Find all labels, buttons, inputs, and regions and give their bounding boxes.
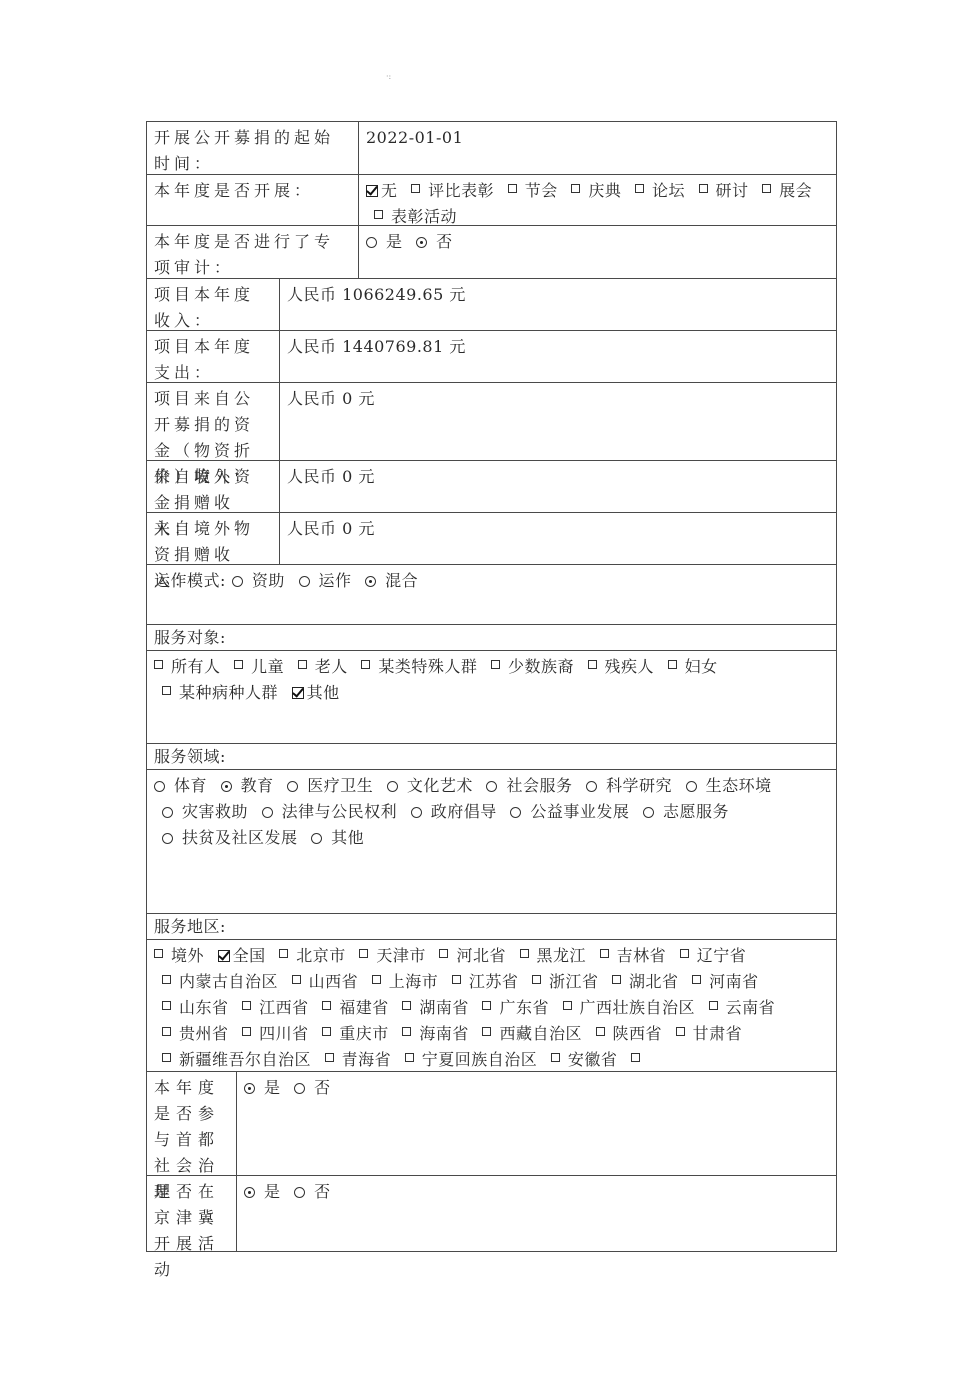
option-checkbox[interactable]: 江苏省 — [452, 972, 519, 991]
checkbox-empty-icon[interactable] — [361, 660, 370, 669]
option-label: 混合 — [385, 571, 418, 590]
foreign-goods-value: 人民币 0 元 — [280, 513, 836, 564]
option-label: 妇女 — [685, 657, 718, 676]
option-label: 湖南省 — [419, 998, 469, 1017]
foreign-fund-label: 来自境外资金捐赠收入： — [147, 461, 280, 512]
option-label: 山东省 — [179, 998, 229, 1017]
public-fund-label: 项目来自公开募捐的资金（物资折价）收入： — [147, 383, 280, 460]
checkbox-empty-icon[interactable] — [374, 210, 383, 219]
option-checkbox[interactable]: 展会 — [762, 181, 812, 200]
service-target-options: 所有人 儿童 老人 某类特殊人群 少数族裔 残疾人 妇女 某种病种人群 其他 — [147, 651, 836, 743]
option-label: 吉林省 — [617, 946, 667, 965]
option-label: 湖北省 — [629, 972, 679, 991]
option-label: 无 — [381, 181, 398, 200]
checkbox-empty-icon[interactable] — [162, 686, 171, 695]
radio-empty-icon[interactable] — [287, 781, 298, 792]
option-checkbox[interactable]: 残疾人 — [588, 657, 655, 676]
activities-options: 无 评比表彰 节会 庆典 论坛 研讨 展会 表彰活动 — [359, 175, 836, 225]
option-label: 西藏自治区 — [499, 1024, 582, 1043]
checkbox-empty-icon[interactable] — [571, 184, 580, 193]
option-label: 研讨 — [716, 181, 749, 200]
checkbox-empty-icon[interactable] — [411, 184, 420, 193]
option-label: 是 — [386, 232, 403, 251]
option-checkbox[interactable]: 青海省 — [325, 1050, 392, 1069]
start-date-label: 开展公开募捐的起始时间： — [147, 122, 359, 174]
option-label: 教育 — [241, 776, 274, 795]
checkbox-empty-icon[interactable] — [322, 1001, 331, 1010]
option-label: 儿童 — [251, 657, 284, 676]
checkbox-empty-icon[interactable] — [154, 949, 163, 958]
option-radio[interactable]: 公益事业发展 — [510, 802, 629, 821]
checkbox-empty-icon[interactable] — [596, 1027, 605, 1036]
checkbox-empty-icon[interactable] — [359, 949, 368, 958]
checkbox-empty-icon[interactable] — [402, 1001, 411, 1010]
option-label: 重庆市 — [339, 1024, 389, 1043]
checkbox-empty-icon[interactable] — [279, 949, 288, 958]
foreign-fund-value: 人民币 0 元 — [280, 461, 836, 512]
checkbox-empty-icon[interactable] — [551, 1053, 560, 1062]
radio-empty-icon[interactable] — [366, 237, 377, 248]
option-label: 河北省 — [456, 946, 506, 965]
radio-empty-icon[interactable] — [643, 807, 654, 818]
row-activities: 本年度是否开展： 无 评比表彰 节会 庆典 论坛 研讨 展会 表彰活动 — [147, 174, 836, 225]
option-radio[interactable]: 扶贫及社区发展 — [162, 828, 298, 847]
option-checkbox[interactable]: 所有人 — [154, 657, 221, 676]
option-checkbox[interactable]: 节会 — [508, 181, 558, 200]
radio-empty-icon[interactable] — [162, 807, 173, 818]
public-fund-value: 人民币 0 元 — [280, 383, 836, 460]
option-label: 公益事业发展 — [530, 802, 629, 821]
option-label: 生态环境 — [706, 776, 772, 795]
option-label: 河南省 — [709, 972, 759, 991]
row-service-field-header: 服务领域: — [147, 743, 836, 769]
option-checkbox[interactable]: 妇女 — [668, 657, 718, 676]
row-start-date: 开展公开募捐的起始时间： 2022-01-01 — [147, 122, 836, 174]
checkbox-empty-icon[interactable] — [372, 975, 381, 984]
option-checkbox[interactable]: 少数族裔 — [491, 657, 574, 676]
operation-mode-options: 资助 运作 混合 — [232, 571, 418, 590]
option-checkbox[interactable]: 内蒙古自治区 — [162, 972, 278, 991]
radio-empty-icon[interactable] — [486, 781, 497, 792]
option-label: 评比表彰 — [428, 181, 494, 200]
row-service-field: 体育 教育 医疗卫生 文化艺术 社会服务 科学研究 生态环境 灾害救助 法律与公… — [147, 769, 836, 913]
option-radio[interactable]: 资助 — [232, 571, 285, 590]
option-checkbox[interactable]: 庆典 — [571, 181, 621, 200]
option-label: 其他 — [307, 683, 340, 702]
checkbox-empty-icon[interactable] — [162, 1053, 171, 1062]
option-label: 节会 — [525, 181, 558, 200]
option-radio[interactable]: 教育 — [221, 776, 274, 795]
option-checkbox[interactable]: 陕西省 — [596, 1024, 663, 1043]
option-checkbox[interactable]: 研讨 — [699, 181, 749, 200]
service-region-label: 服务地区: — [147, 914, 836, 939]
checkbox-empty-icon[interactable] — [405, 1053, 414, 1062]
option-label: 上海市 — [389, 972, 439, 991]
option-radio[interactable]: 社会服务 — [486, 776, 572, 795]
service-field-options: 体育 教育 医疗卫生 文化艺术 社会服务 科学研究 生态环境 灾害救助 法律与公… — [147, 770, 836, 913]
radio-selected-icon[interactable] — [365, 576, 376, 587]
option-checkbox[interactable]: 重庆市 — [322, 1024, 389, 1043]
option-radio[interactable]: 生态环境 — [686, 776, 772, 795]
option-radio[interactable]: 文化艺术 — [387, 776, 473, 795]
option-label: 陕西省 — [613, 1024, 663, 1043]
checkbox-empty-icon[interactable] — [154, 660, 163, 669]
service-region-options: 境外 全国 北京市 天津市 河北省 黑龙江 吉林省 辽宁省 内蒙古自治区 山西省… — [147, 940, 836, 1071]
option-checkbox[interactable]: 安徽省 — [551, 1050, 618, 1069]
option-label: 庆典 — [588, 181, 621, 200]
option-checkbox[interactable]: 某类特殊人群 — [361, 657, 477, 676]
checkbox-empty-icon[interactable] — [612, 975, 621, 984]
radio-selected-icon[interactable] — [416, 237, 427, 248]
checkbox-empty-icon[interactable] — [322, 1027, 331, 1036]
radio-empty-icon[interactable] — [411, 807, 422, 818]
jingjinji-label: 是否在京津冀开展活动 — [147, 1176, 237, 1251]
radio-empty-icon[interactable] — [299, 576, 310, 587]
radio-empty-icon[interactable] — [294, 1187, 305, 1198]
option-label: 江苏省 — [469, 972, 519, 991]
option-radio[interactable]: 志愿服务 — [643, 802, 729, 821]
option-label: 青海省 — [342, 1050, 392, 1069]
option-label: 否 — [436, 232, 453, 251]
option-checkbox[interactable]: 老人 — [298, 657, 348, 676]
option-radio[interactable]: 灾害救助 — [162, 802, 248, 821]
checkbox-empty-icon[interactable] — [482, 1027, 491, 1036]
option-checkbox[interactable]: 宁夏回族自治区 — [405, 1050, 538, 1069]
row-expense: 项目本年度支出： 人民币 1440769.81 元 — [147, 330, 836, 382]
checkbox-empty-icon[interactable] — [162, 1027, 171, 1036]
option-checkbox[interactable]: 上海市 — [372, 972, 439, 991]
option-checkbox[interactable]: 儿童 — [234, 657, 284, 676]
checkbox-empty-icon[interactable] — [709, 1001, 718, 1010]
option-label: 否 — [314, 1078, 331, 1097]
capital-governance-label: 本年度是否参与首都社会治理 — [147, 1072, 237, 1175]
option-checkbox[interactable]: 江西省 — [242, 998, 309, 1017]
checkbox-empty-icon[interactable] — [680, 949, 689, 958]
option-label: 所有人 — [171, 657, 221, 676]
option-checkbox[interactable]: 河南省 — [692, 972, 759, 991]
option-label: 某种病种人群 — [179, 683, 278, 702]
option-label: 老人 — [315, 657, 348, 676]
option-label: 表彰活动 — [391, 207, 457, 226]
row-special-audit: 本年度是否进行了专项审计： 是 否 — [147, 225, 836, 278]
row-service-target: 所有人 儿童 老人 某类特殊人群 少数族裔 残疾人 妇女 某种病种人群 其他 — [147, 650, 836, 743]
option-radio[interactable]: 运作 — [299, 571, 352, 590]
option-checkbox[interactable]: 湖南省 — [402, 998, 469, 1017]
checkbox-empty-icon[interactable] — [292, 975, 301, 984]
service-target-label: 服务对象: — [147, 625, 836, 650]
option-label: 甘肃省 — [693, 1024, 743, 1043]
option-checkbox[interactable]: 广东省 — [482, 998, 549, 1017]
option-checkbox[interactable]: 新疆维吾尔自治区 — [162, 1050, 311, 1069]
option-label: 内蒙古自治区 — [179, 972, 278, 991]
income-value: 人民币 1066249.65 元 — [280, 279, 836, 330]
option-checkbox[interactable]: 山西省 — [292, 972, 359, 991]
special-audit-label: 本年度是否进行了专项审计： — [147, 226, 359, 278]
checkbox-empty-icon[interactable] — [508, 184, 517, 193]
checkbox-empty-icon[interactable] — [762, 184, 771, 193]
option-label: 广西壮族自治区 — [580, 998, 696, 1017]
special-audit-options: 是 否 — [359, 226, 836, 278]
option-label: 浙江省 — [549, 972, 599, 991]
option-checkbox[interactable]: 海南省 — [402, 1024, 469, 1043]
option-radio[interactable]: 政府倡导 — [411, 802, 497, 821]
option-label: 法律与公民权利 — [282, 802, 398, 821]
option-checkbox[interactable] — [631, 1050, 648, 1069]
checkbox-empty-icon[interactable] — [532, 975, 541, 984]
row-jingjinji: 是否在京津冀开展活动 是 否 — [147, 1175, 836, 1251]
checkbox-empty-icon[interactable] — [563, 1001, 572, 1010]
checkbox-empty-icon[interactable] — [668, 660, 677, 669]
option-label: 运作 — [319, 571, 352, 590]
service-field-label: 服务领域: — [147, 744, 836, 769]
option-label: 是 — [264, 1078, 281, 1097]
option-checkbox[interactable]: 贵州省 — [162, 1024, 229, 1043]
checkbox-empty-icon[interactable] — [600, 949, 609, 958]
row-public-fund: 项目来自公开募捐的资金（物资折价）收入： 人民币 0 元 — [147, 382, 836, 460]
option-label: 山西省 — [309, 972, 359, 991]
option-label: 四川省 — [259, 1024, 309, 1043]
option-label: 某类特殊人群 — [378, 657, 477, 676]
expense-label: 项目本年度支出： — [147, 331, 280, 382]
option-label: 是 — [264, 1182, 281, 1201]
option-label: 文化艺术 — [407, 776, 473, 795]
option-checkbox[interactable]: 辽宁省 — [680, 946, 747, 965]
option-checkbox[interactable]: 天津市 — [359, 946, 426, 965]
option-radio[interactable]: 混合 — [365, 571, 418, 590]
checkbox-empty-icon[interactable] — [298, 660, 307, 669]
option-checkbox[interactable]: 表彰活动 — [374, 207, 457, 226]
option-checkbox[interactable]: 云南省 — [709, 998, 776, 1017]
option-checkbox[interactable]: 浙江省 — [532, 972, 599, 991]
option-checkbox[interactable]: 无 — [366, 181, 398, 200]
option-label: 安徽省 — [568, 1050, 618, 1069]
option-checkbox[interactable]: 山东省 — [162, 998, 229, 1017]
checkbox-empty-icon[interactable] — [491, 660, 500, 669]
option-label: 社会服务 — [506, 776, 572, 795]
row-operation-mode: 运作模式:资助 运作 混合 — [147, 564, 836, 624]
checkbox-empty-icon[interactable] — [325, 1053, 334, 1062]
option-label: 境外 — [171, 946, 204, 965]
checkbox-empty-icon[interactable] — [520, 949, 529, 958]
radio-empty-icon[interactable] — [387, 781, 398, 792]
option-radio[interactable]: 医疗卫生 — [287, 776, 373, 795]
option-label: 医疗卫生 — [307, 776, 373, 795]
checkbox-checked-icon[interactable] — [292, 687, 304, 699]
checkbox-empty-icon[interactable] — [692, 975, 701, 984]
row-service-region-header: 服务地区: — [147, 913, 836, 939]
option-label: 残疾人 — [605, 657, 655, 676]
radio-empty-icon[interactable] — [586, 781, 597, 792]
checkbox-empty-icon[interactable] — [162, 975, 171, 984]
option-label: 展会 — [779, 181, 812, 200]
checkbox-empty-icon[interactable] — [588, 660, 597, 669]
option-checkbox[interactable]: 广西壮族自治区 — [563, 998, 696, 1017]
option-radio[interactable]: 法律与公民权利 — [262, 802, 398, 821]
radio-empty-icon[interactable] — [262, 807, 273, 818]
expense-value: 人民币 1440769.81 元 — [280, 331, 836, 382]
option-label: 扶贫及社区发展 — [182, 828, 298, 847]
option-label: 福建省 — [339, 998, 389, 1017]
checkbox-empty-icon[interactable] — [452, 975, 461, 984]
checkbox-empty-icon[interactable] — [676, 1027, 685, 1036]
checkbox-empty-icon[interactable] — [631, 1053, 640, 1062]
checkbox-empty-icon[interactable] — [699, 184, 708, 193]
option-label: 天津市 — [376, 946, 426, 965]
option-checkbox[interactable]: 福建省 — [322, 998, 389, 1017]
option-radio[interactable]: 是 — [244, 1182, 281, 1201]
option-label: 其他 — [331, 828, 364, 847]
option-label: 新疆维吾尔自治区 — [179, 1050, 311, 1069]
option-label: 资助 — [252, 571, 285, 590]
option-label: 全国 — [233, 946, 266, 965]
option-radio[interactable]: 体育 — [154, 776, 207, 795]
option-checkbox[interactable]: 四川省 — [242, 1024, 309, 1043]
scan-mark: ·: — [386, 72, 391, 81]
radio-empty-icon[interactable] — [686, 781, 697, 792]
checkbox-checked-icon[interactable] — [366, 185, 378, 197]
option-label: 政府倡导 — [431, 802, 497, 821]
radio-selected-icon[interactable] — [244, 1187, 255, 1198]
option-checkbox[interactable]: 全国 — [218, 946, 266, 965]
radio-selected-icon[interactable] — [244, 1083, 255, 1094]
radio-empty-icon[interactable] — [311, 833, 322, 844]
option-checkbox[interactable]: 河北省 — [439, 946, 506, 965]
option-label: 灾害救助 — [182, 802, 248, 821]
option-label: 少数族裔 — [508, 657, 574, 676]
capital-governance-options: 是 否 — [237, 1072, 836, 1175]
option-radio[interactable]: 科学研究 — [586, 776, 672, 795]
option-label: 贵州省 — [179, 1024, 229, 1043]
option-label: 宁夏回族自治区 — [422, 1050, 538, 1069]
row-service-target-header: 服务对象: — [147, 624, 836, 650]
income-label: 项目本年度收入： — [147, 279, 280, 330]
operation-mode-label: 运作模式: — [154, 571, 226, 590]
option-radio[interactable]: 否 — [416, 232, 453, 251]
radio-selected-icon[interactable] — [221, 781, 232, 792]
option-label: 志愿服务 — [663, 802, 729, 821]
option-checkbox[interactable]: 境外 — [154, 946, 204, 965]
checkbox-empty-icon[interactable] — [635, 184, 644, 193]
checkbox-empty-icon[interactable] — [242, 1001, 251, 1010]
radio-empty-icon[interactable] — [154, 781, 165, 792]
checkbox-empty-icon[interactable] — [162, 1001, 171, 1010]
option-checkbox[interactable]: 黑龙江 — [520, 946, 587, 965]
option-checkbox[interactable]: 甘肃省 — [676, 1024, 743, 1043]
option-checkbox[interactable]: 某种病种人群 — [162, 683, 278, 702]
checkbox-checked-icon[interactable] — [218, 950, 230, 962]
row-foreign-goods: 来自境外物资捐赠收入： 人民币 0 元 — [147, 512, 836, 564]
radio-empty-icon[interactable] — [294, 1083, 305, 1094]
row-service-region: 境外 全国 北京市 天津市 河北省 黑龙江 吉林省 辽宁省 内蒙古自治区 山西省… — [147, 939, 836, 1071]
report-form: 开展公开募捐的起始时间： 2022-01-01 本年度是否开展： 无 评比表彰 … — [146, 121, 837, 1252]
radio-empty-icon[interactable] — [232, 576, 243, 587]
option-label: 云南省 — [726, 998, 776, 1017]
checkbox-empty-icon[interactable] — [234, 660, 243, 669]
foreign-goods-label: 来自境外物资捐赠收入： — [147, 513, 280, 564]
option-label: 北京市 — [296, 946, 346, 965]
option-label: 否 — [314, 1182, 331, 1201]
radio-empty-icon[interactable] — [162, 833, 173, 844]
option-checkbox[interactable]: 北京市 — [279, 946, 346, 965]
option-checkbox[interactable]: 论坛 — [635, 181, 685, 200]
option-label: 辽宁省 — [697, 946, 747, 965]
option-label: 科学研究 — [606, 776, 672, 795]
radio-empty-icon[interactable] — [510, 807, 521, 818]
checkbox-empty-icon[interactable] — [439, 949, 448, 958]
option-checkbox[interactable]: 评比表彰 — [411, 181, 494, 200]
option-checkbox[interactable]: 西藏自治区 — [482, 1024, 582, 1043]
jingjinji-options: 是 否 — [237, 1176, 836, 1251]
option-label: 黑龙江 — [537, 946, 587, 965]
option-label: 体育 — [174, 776, 207, 795]
option-radio[interactable]: 其他 — [311, 828, 364, 847]
option-label: 广东省 — [499, 998, 549, 1017]
option-radio[interactable]: 否 — [294, 1078, 331, 1097]
option-checkbox[interactable]: 吉林省 — [600, 946, 667, 965]
row-foreign-fund: 来自境外资金捐赠收入： 人民币 0 元 — [147, 460, 836, 512]
checkbox-empty-icon[interactable] — [242, 1027, 251, 1036]
row-income: 项目本年度收入： 人民币 1066249.65 元 — [147, 278, 836, 330]
option-label: 江西省 — [259, 998, 309, 1017]
checkbox-empty-icon[interactable] — [482, 1001, 491, 1010]
option-label: 论坛 — [652, 181, 685, 200]
option-checkbox[interactable]: 湖北省 — [612, 972, 679, 991]
option-label: 海南省 — [419, 1024, 469, 1043]
activities-label: 本年度是否开展： — [147, 175, 359, 225]
start-date-value: 2022-01-01 — [359, 122, 836, 174]
row-capital-governance: 本年度是否参与首都社会治理 是 否 — [147, 1071, 836, 1175]
option-radio[interactable]: 是 — [244, 1078, 281, 1097]
checkbox-empty-icon[interactable] — [402, 1027, 411, 1036]
option-checkbox[interactable]: 其他 — [292, 683, 340, 702]
option-radio[interactable]: 是 — [366, 232, 403, 251]
operation-mode: 运作模式:资助 运作 混合 — [147, 565, 836, 624]
option-radio[interactable]: 否 — [294, 1182, 331, 1201]
